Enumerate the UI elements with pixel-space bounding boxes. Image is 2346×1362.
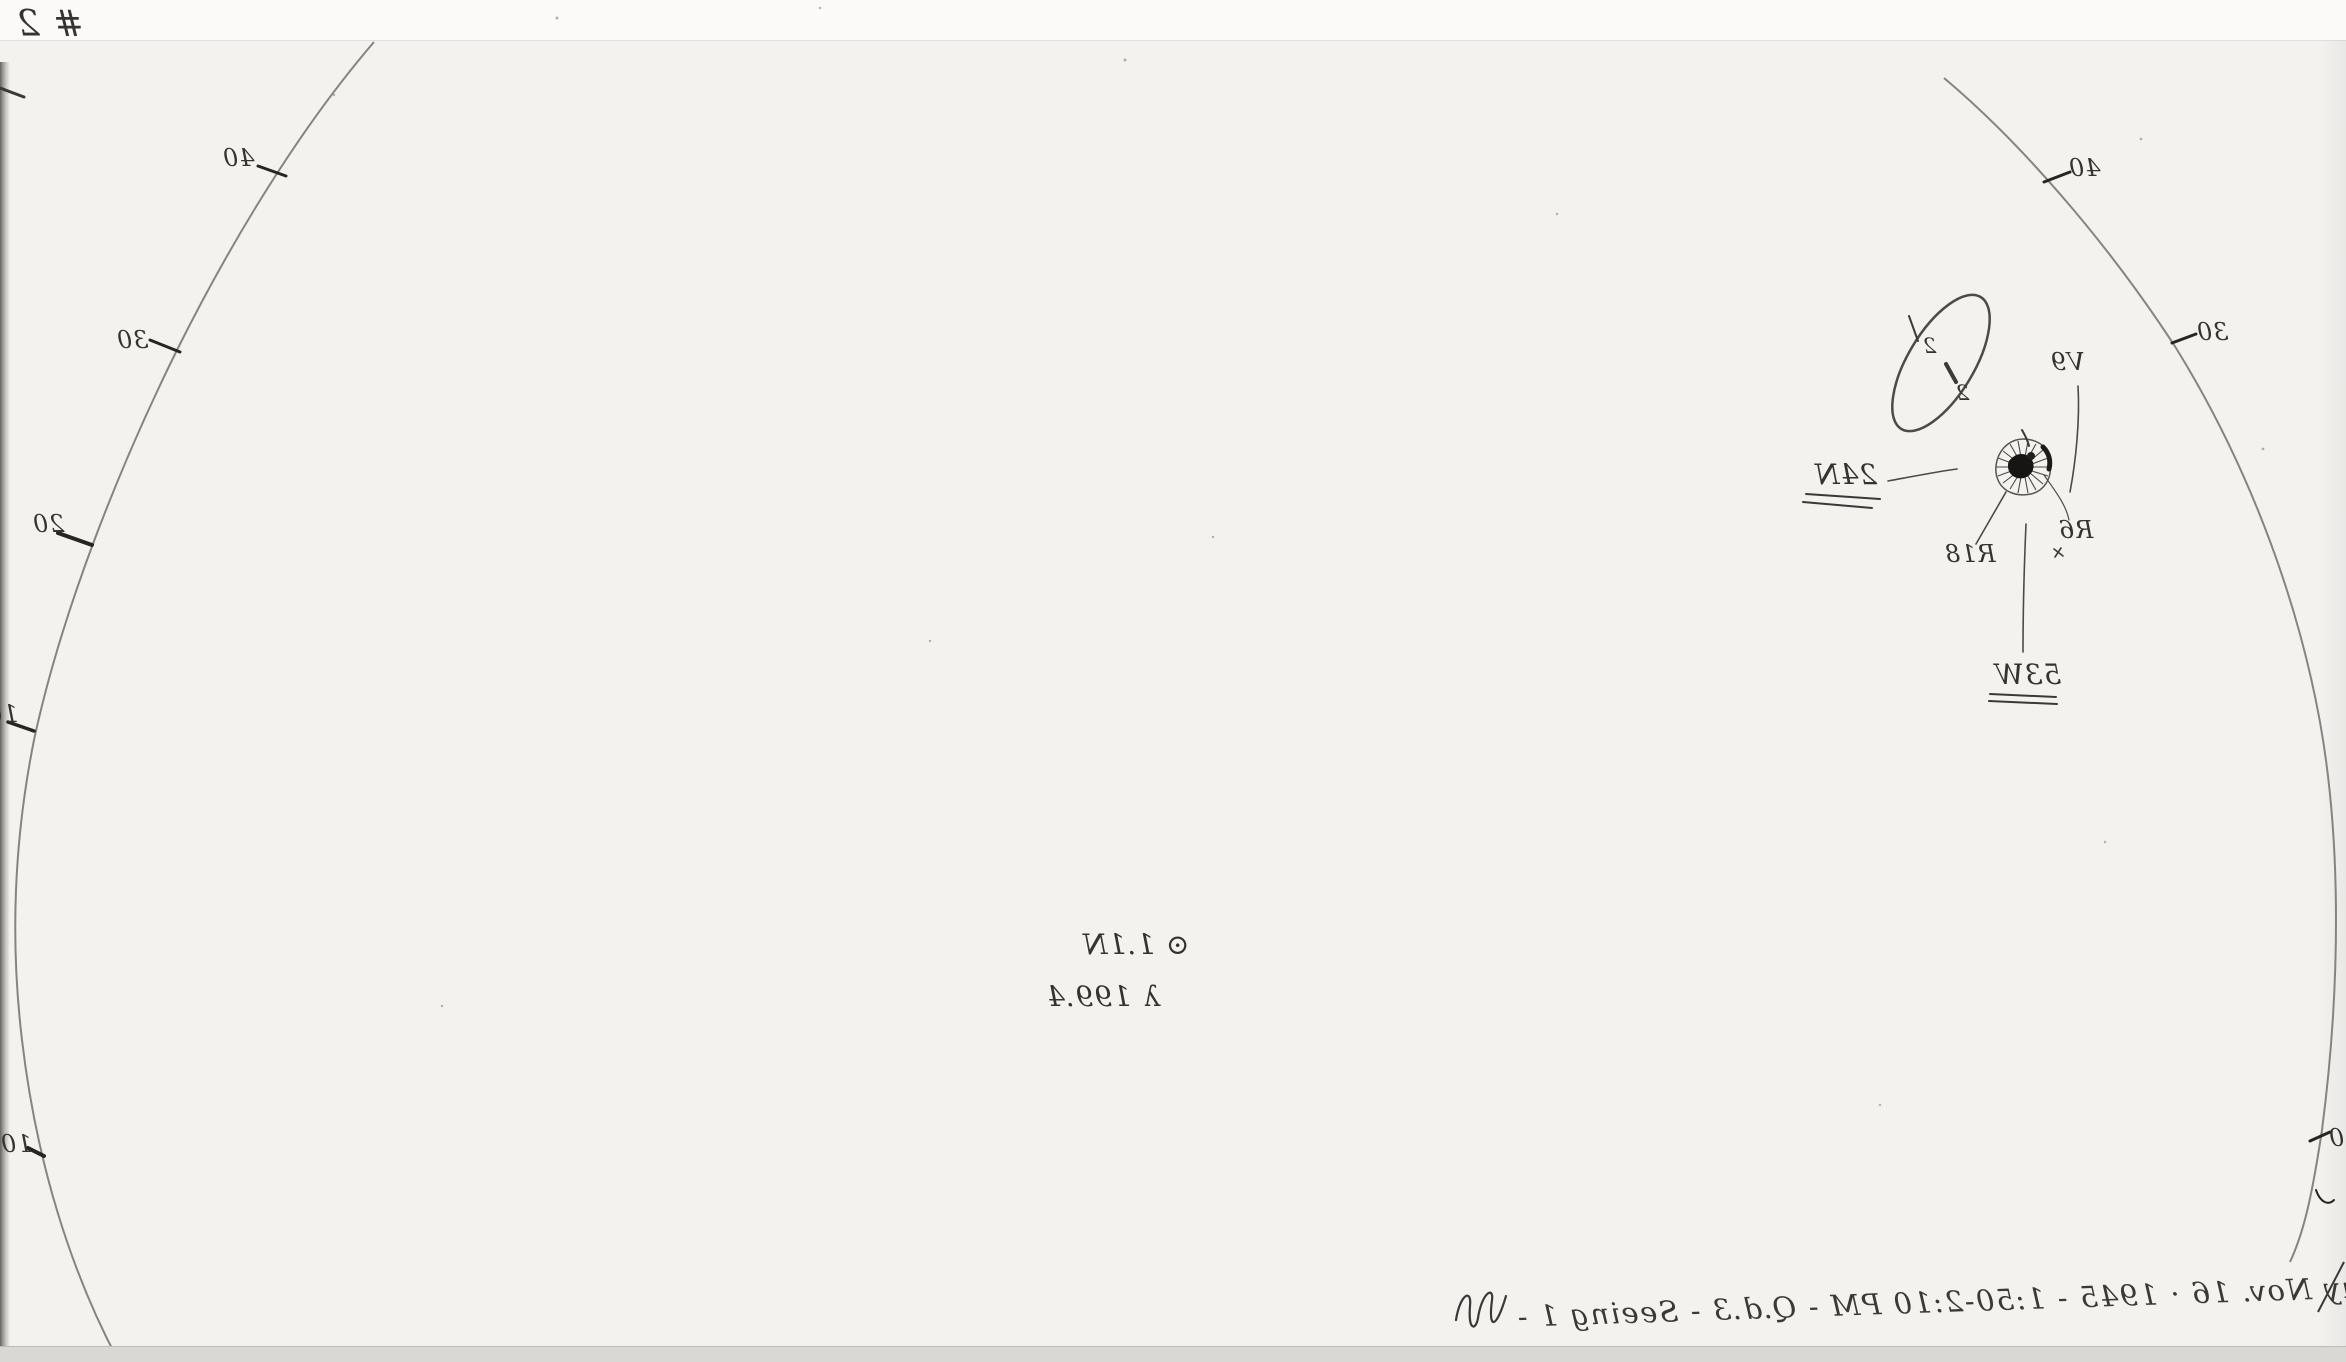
magnetic-label-R18: R18 bbox=[1944, 540, 1996, 568]
scanned-solar-drawing-sheet: # 2 40 30 20 10 10 40 30 0 ⊙ 1.1N λ 199.… bbox=[0, 0, 2346, 1362]
observer-monogram-scribble bbox=[1456, 1293, 1506, 1327]
sunspot-dark-crescent bbox=[2043, 447, 2050, 469]
longitude-label-53W: 53W bbox=[1994, 658, 2061, 691]
left-tick-label-10-south: 10 bbox=[0, 1130, 33, 1158]
left-tick-label-10: 10 bbox=[0, 700, 19, 728]
left-tick-label-30: 30 bbox=[116, 326, 149, 354]
right-limb-ticks bbox=[2044, 172, 2334, 1203]
left-tick-label-40: 40 bbox=[222, 144, 255, 172]
disk-center-line2: λ 199.4 bbox=[1046, 980, 1160, 1013]
right-tick-label-40: 40 bbox=[2068, 154, 2101, 182]
left-limb-ticks bbox=[8, 166, 286, 1156]
left-tick-label-20: 20 bbox=[32, 510, 65, 538]
right-tick-label-30: 30 bbox=[2196, 318, 2229, 346]
plage-mark-2a: 2 bbox=[1922, 334, 1936, 358]
plage-mark-2b: 2 bbox=[1955, 381, 1969, 405]
solar-limb-left-arc bbox=[15, 42, 374, 1360]
magnetic-label-R6: R6 bbox=[2058, 516, 2093, 544]
magnetic-label-V9: V9 bbox=[2050, 348, 2085, 376]
small-pore-stroke bbox=[2022, 430, 2029, 446]
disk-center-line1: ⊙ 1.1N bbox=[1082, 928, 1189, 961]
leader-lines bbox=[1888, 386, 2079, 652]
plage-ellipse-outline bbox=[1873, 280, 2009, 446]
right-tick-label-0: 0 bbox=[2328, 1124, 2344, 1152]
tiny-star-mark bbox=[2054, 548, 2063, 557]
latitude-label-24N: 24N bbox=[1814, 458, 1877, 491]
sheet-number-label: # 2 bbox=[16, 4, 84, 45]
sunspot-umbra-secondary bbox=[2027, 452, 2035, 460]
scan-bottom-edge-band bbox=[0, 1346, 2346, 1362]
